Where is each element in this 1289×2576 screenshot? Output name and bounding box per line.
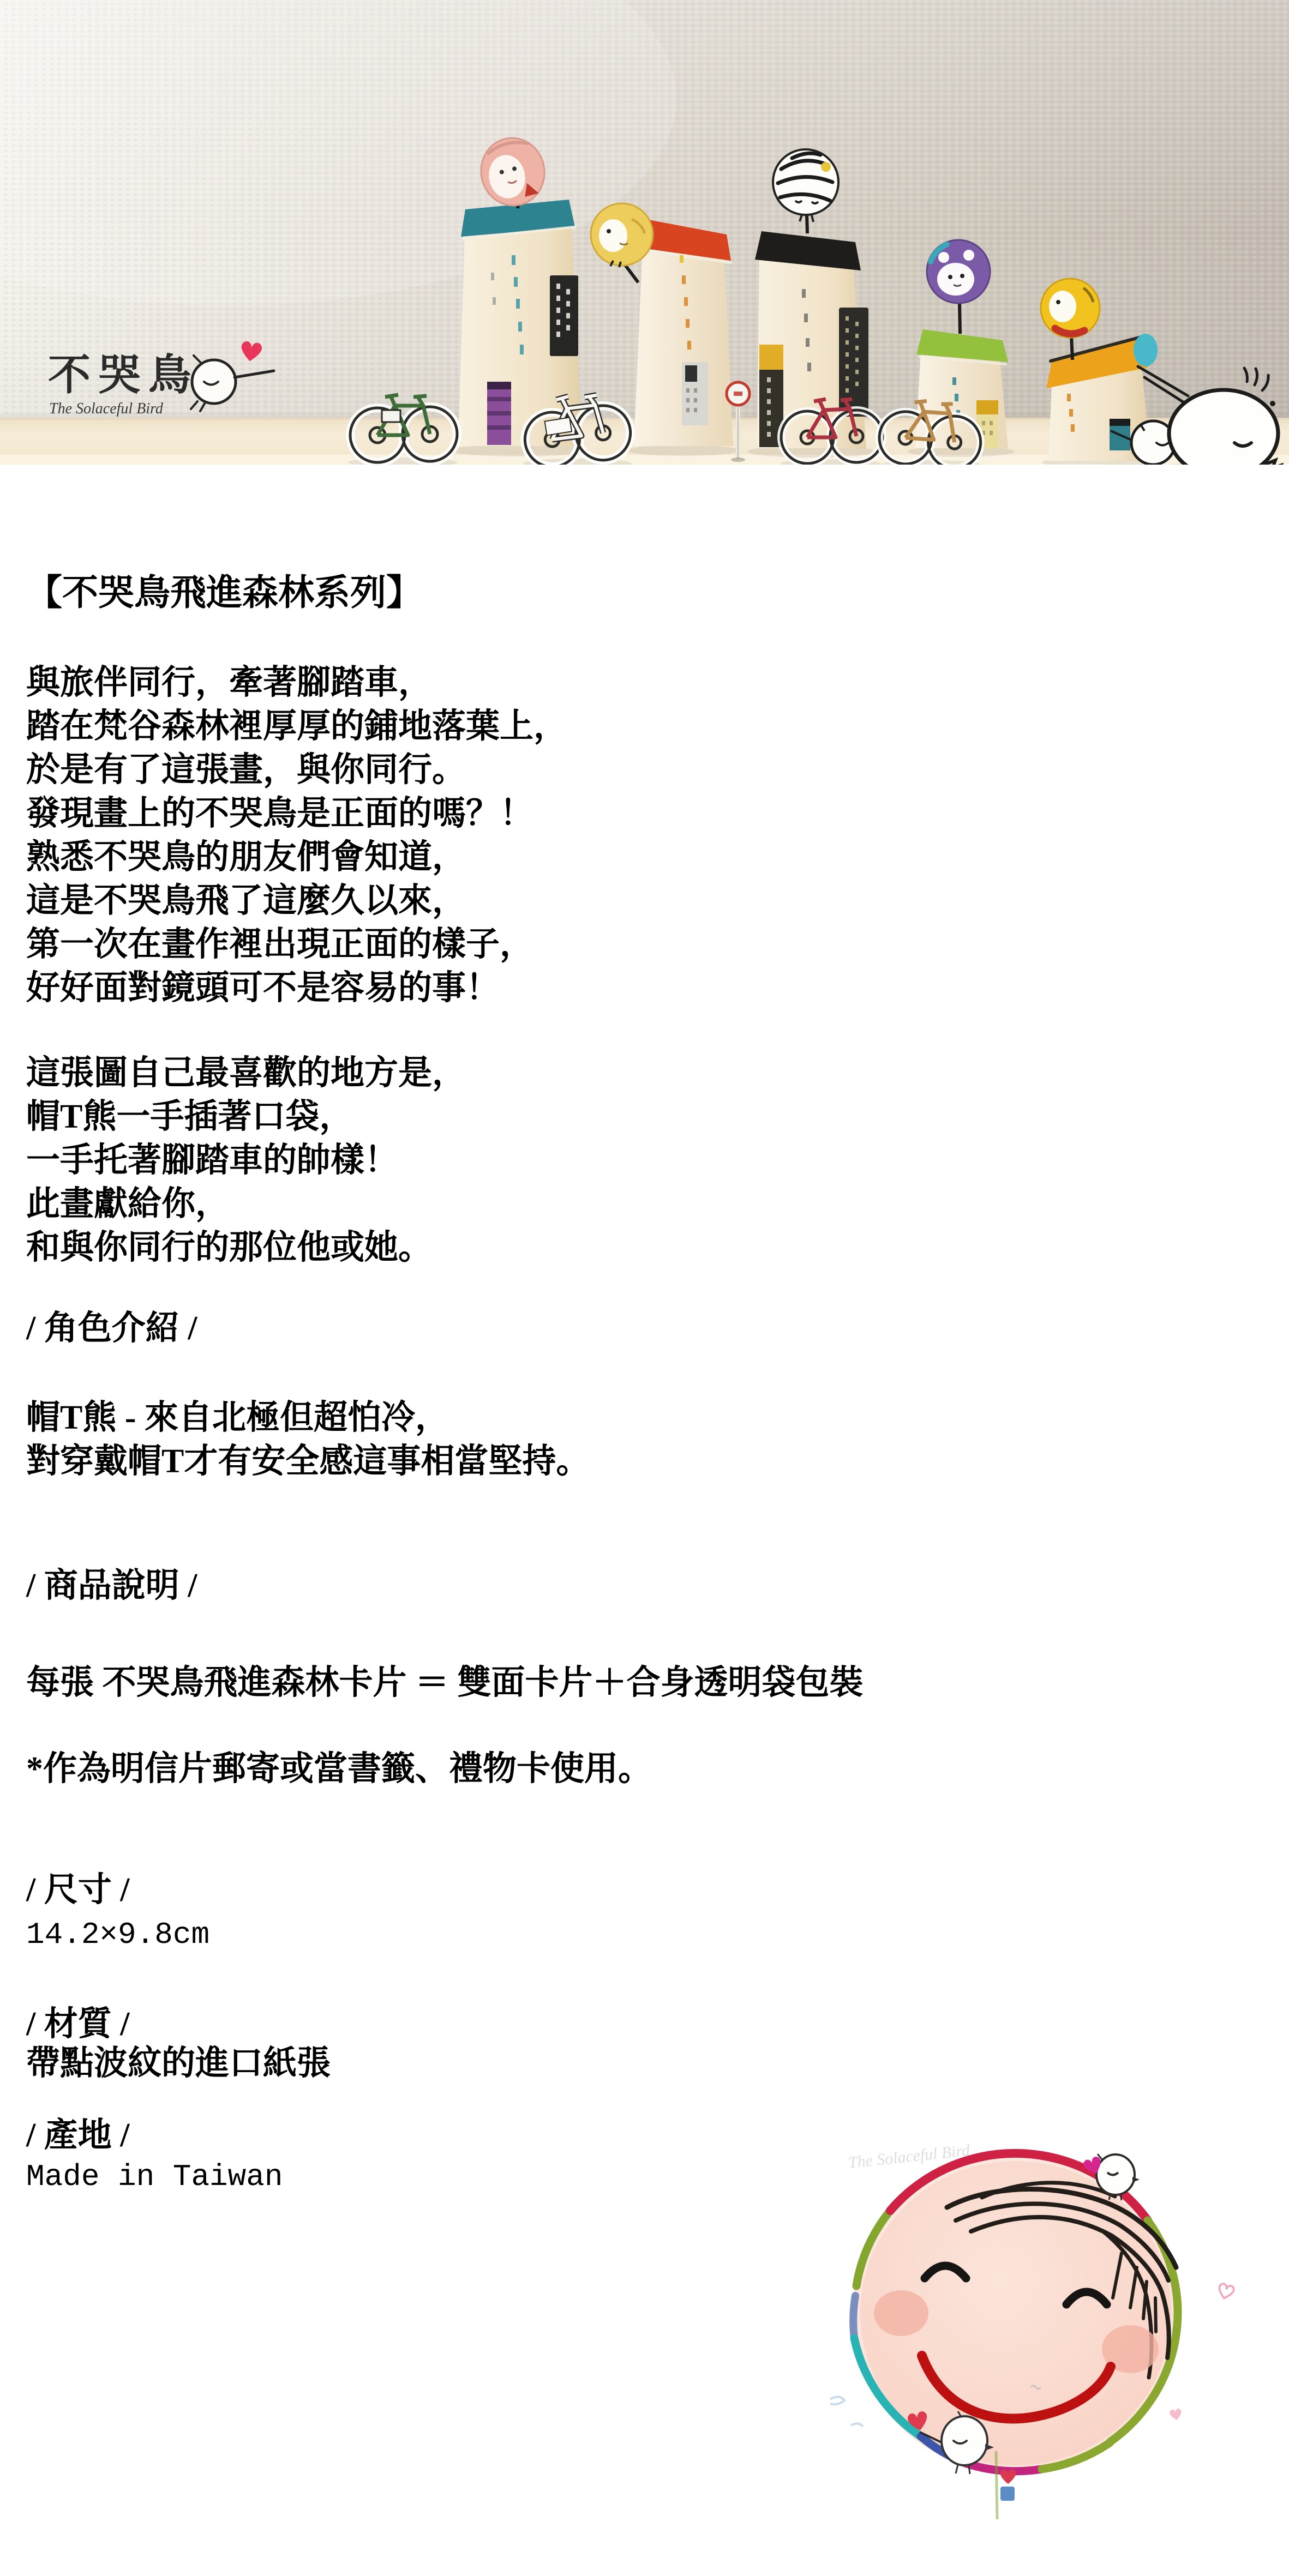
- story-line: 於是有了這張畫，與你同行。: [26, 748, 567, 792]
- cyan-patch: [1134, 334, 1158, 366]
- left-cheek: [874, 2290, 928, 2336]
- character-intro-lines: 帽T熊 - 來自北極但超怕冷， 對穿戴帽T才有安全感這事相當堅持。: [26, 1396, 590, 1483]
- section-heading-size: / 尺寸 /: [26, 1868, 129, 1912]
- smiling-face-scene: The Solaceful Bird: [818, 2116, 1289, 2552]
- hero-photo: 不哭鳥 The Solaceful Bird: [0, 0, 1289, 465]
- doodle-squiggles: [830, 2397, 863, 2427]
- story-paragraph-1: 與旅伴同行，牽著腳踏車， 踏在梵谷森林裡厚厚的鋪地落葉上， 於是有了這張畫，與你…: [26, 661, 567, 1010]
- hero-photo-scene: 不哭鳥 The Solaceful Bird: [0, 0, 1289, 465]
- heart-icon: [1169, 2408, 1183, 2421]
- section-heading-character-intro: / 角色介紹 /: [26, 1307, 197, 1350]
- story-line: 踏在梵谷森林裡厚厚的鋪地落葉上，: [26, 705, 567, 748]
- smiling-face-illustration: The Solaceful Bird: [818, 2116, 1289, 2552]
- character-line: 對穿戴帽T才有安全感這事相當堅持。: [26, 1440, 590, 1483]
- origin-value: Made in Taiwan: [26, 2155, 283, 2199]
- story-line: 這張圖自己最喜歡的地方是，: [26, 1051, 466, 1095]
- yellow-bird-head: [591, 203, 653, 267]
- section-heading-material: / 材質 /: [26, 2002, 129, 2046]
- story-line: 此畫獻給你，: [26, 1182, 466, 1226]
- yellow-red-bird-head: [1041, 279, 1100, 338]
- heart-icon: [1217, 2283, 1234, 2300]
- story-line: 一手托著腳踏車的帥樣！: [26, 1139, 466, 1182]
- brand-logo-zh: 不哭鳥: [48, 351, 199, 399]
- product-usage-line: *作為明信片郵寄或當書籤、禮物卡使用。: [26, 1747, 652, 1791]
- character-line: 帽T熊 - 來自北極但超怕冷，: [26, 1396, 590, 1440]
- story-line: 這是不哭鳥飛了這麼久以來，: [26, 879, 567, 923]
- story-line: 發現畫上的不哭鳥是正面的嗎？！: [26, 792, 567, 835]
- material-value: 帶點波紋的進口紙張: [26, 2042, 331, 2085]
- story-line: 第一次在畫作裡出現正面的樣子，: [26, 923, 567, 966]
- product-description-page: 不哭鳥 The Solaceful Bird: [0, 0, 1289, 2576]
- story-line: 和與你同行的那位他或她。: [26, 1226, 466, 1269]
- black-sign: [550, 275, 578, 356]
- section-heading-product-info: / 商品說明 /: [26, 1564, 197, 1608]
- product-spec-line: 每張 不哭鳥飛進森林卡片 ＝ 雙面卡片＋合身透明袋包裝: [26, 1661, 864, 1705]
- brand-logo-en: The Solaceful Bird: [49, 400, 164, 417]
- story-paragraph-2: 這張圖自己最喜歡的地方是， 帽T熊一手插著口袋， 一手托著腳踏車的帥樣！ 此畫獻…: [26, 1051, 466, 1269]
- size-value: 14.2×9.8cm: [26, 1913, 209, 1957]
- story-line: 好好面對鏡頭可不是容易的事！: [26, 966, 567, 1010]
- series-title: 【不哭鳥飛進森林系列】: [26, 568, 422, 618]
- section-heading-origin: / 產地 /: [26, 2114, 129, 2157]
- story-line: 帽T熊一手插著口袋，: [26, 1095, 466, 1139]
- story-line: 熟悉不哭鳥的朋友們會知道，: [26, 835, 567, 879]
- story-line: 與旅伴同行，牽著腳踏車，: [26, 661, 567, 705]
- purple-bear-head: [927, 240, 990, 303]
